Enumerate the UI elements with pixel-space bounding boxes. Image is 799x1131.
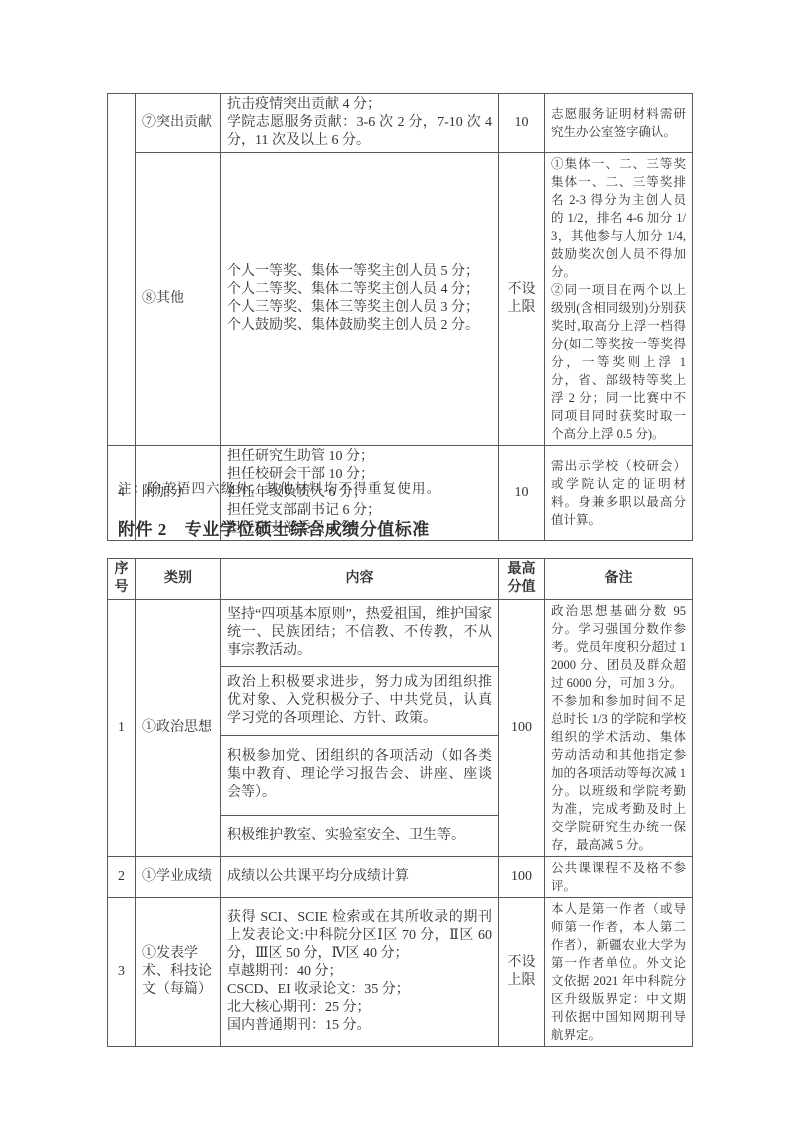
table-row: ⑧其他 个人一等奖、集体一等奖主创人员 5 分； 个人二等奖、集体二等奖主创人员… [108, 153, 693, 446]
score-table-2: 序号 类别 内容 最高分值 备注 1 ①政治思想 坚持“四项基本原则”，热爱祖国… [107, 558, 693, 1047]
attachment-title: 专业学位硕士综合成绩分值标准 [185, 520, 430, 539]
header-max-score: 最高分值 [499, 559, 545, 600]
max-score-cell: 100 [499, 857, 545, 898]
table-row: 1 ①政治思想 坚持“四项基本原则”，热爱祖国，维护国家统一、民族团结；不信教、… [108, 600, 693, 667]
content-cell: 抗击疫情突出贡献 4 分； 学院志愿服务贡献：3-6 次 2 分，7-10 次 … [221, 94, 499, 153]
remark-paragraph: ①集体一、二、三等奖集体一、二、三等奖排名 2-3 得分为主创人员的 1/2，排… [551, 155, 686, 281]
header-category: 类别 [136, 559, 221, 600]
content-cell: 个人一等奖、集体一等奖主创人员 5 分； 个人二等奖、集体二等奖主创人员 4 分… [221, 153, 499, 446]
document-page: ⑦突出贡献 抗击疫情突出贡献 4 分； 学院志愿服务贡献：3-6 次 2 分，7… [0, 0, 799, 1131]
serial-cell: 2 [108, 857, 136, 898]
attachment-label: 附件 2 [118, 520, 167, 539]
remark-cell: 本人是第一作者（或导师第一作者，本人第二作者），新疆农业大学为第一作者单位。外文… [545, 898, 693, 1047]
remark-paragraph: 本人是第一作者（或导师第一作者，本人第二作者），新疆农业大学为第一作者单位。外文… [551, 900, 686, 1044]
content-cell: 积极参加党、团组织的各项活动（如各类集中教育、理论学习报告会、讲座、座谈会等）。 [221, 735, 499, 815]
remark-paragraph: 政治思想基础分数 95 分。学习强国分数作参考。党员年度积分超过 12000 分… [551, 602, 686, 692]
category-cell: ①政治思想 [136, 600, 221, 857]
content-line: 个人鼓励奖、集体鼓励奖主创人员 2 分。 [227, 317, 492, 335]
content-line: 卓越期刊：40 分； [227, 963, 492, 981]
category-cell: ①学业成绩 [136, 857, 221, 898]
table-note: 注：除英语四六级外，其他材料均不得重复使用。 [118, 477, 441, 497]
remark-paragraph: 公共课课程不及格不参评。 [551, 859, 686, 895]
category-cell: ①发表学术、科技论文（每篇） [136, 898, 221, 1047]
header-serial: 序号 [108, 559, 136, 600]
serial-cell [108, 94, 136, 446]
remark-cell: 志愿服务证明材料需研究生办公室签字确认。 [545, 94, 693, 153]
content-cell: 政治上积极要求进步，努力成为团组织推优对象、入党积极分子、中共党员，认真学习党的… [221, 667, 499, 736]
content-line: CSCD、EI 收录论文：35 分； [227, 981, 492, 999]
table-row: 3 ①发表学术、科技论文（每篇） 获得 SCI、SCIE 检索或在其所收录的期刊… [108, 898, 693, 1047]
content-line: 个人一等奖、集体一等奖主创人员 5 分； [227, 263, 492, 281]
table-row: ⑦突出贡献 抗击疫情突出贡献 4 分； 学院志愿服务贡献：3-6 次 2 分，7… [108, 94, 693, 153]
content-line: 政治上积极要求进步，努力成为团组织推优对象、入党积极分子、中共党员，认真学习党的… [227, 674, 492, 728]
serial-cell: 1 [108, 600, 136, 857]
score-table-continued: ⑦突出贡献 抗击疫情突出贡献 4 分； 学院志愿服务贡献：3-6 次 2 分，7… [107, 93, 693, 541]
content-line: 坚持“四项基本原则”，热爱祖国，维护国家统一、民族团结；不信教、不传教，不从事宗… [227, 606, 492, 660]
content-line: 北大核心期刊：25 分； [227, 999, 492, 1017]
table-header-row: 序号 类别 内容 最高分值 备注 [108, 559, 693, 600]
content-line: 学院志愿服务贡献：3-6 次 2 分，7-10 次 4 分，11 次及以上 6 … [227, 114, 492, 150]
content-cell: 获得 SCI、SCIE 检索或在其所收录的期刊上发表论文:中科院分区Ⅰ区 70 … [221, 898, 499, 1047]
table-row: 2 ①学业成绩 成绩以公共课平均分成绩计算 100 公共课课程不及格不参评。 [108, 857, 693, 898]
category-cell: ⑧其他 [136, 153, 221, 446]
content-line: 担任研究生助管 10 分； [227, 448, 492, 466]
max-score-cell: 不设上限 [499, 153, 545, 446]
remark-paragraph: 需出示学校（校研会）或学院认定的证明材料。身兼多职以最高分值计算。 [551, 457, 686, 529]
content-cell: 积极维护教室、实验室安全、卫生等。 [221, 815, 499, 856]
content-cell: 坚持“四项基本原则”，热爱祖国，维护国家统一、民族团结；不信教、不传教，不从事宗… [221, 600, 499, 667]
attachment-2-heading: 附件 2专业学位硕士综合成绩分值标准 [118, 515, 430, 540]
max-score-cell: 10 [499, 446, 545, 541]
content-line: 成绩以公共课平均分成绩计算 [227, 868, 492, 886]
content-line: 抗击疫情突出贡献 4 分； [227, 96, 492, 114]
remark-cell: 公共课课程不及格不参评。 [545, 857, 693, 898]
remark-cell: 需出示学校（校研会）或学院认定的证明材料。身兼多职以最高分值计算。 [545, 446, 693, 541]
remark-paragraph: ②同一项目在两个以上级别(含相同级别)分别获奖时,取高分上浮一档得分(如二等奖按… [551, 281, 686, 443]
category-cell: ⑦突出贡献 [136, 94, 221, 153]
content-line: 积极参加党、团组织的各项活动（如各类集中教育、理论学习报告会、讲座、座谈会等）。 [227, 748, 492, 802]
content-line: 积极维护教室、实验室安全、卫生等。 [227, 827, 492, 845]
content-line: 个人二等奖、集体二等奖主创人员 4 分； [227, 281, 492, 299]
max-score-cell: 100 [499, 600, 545, 857]
content-line: 国内普通期刊：15 分。 [227, 1017, 492, 1035]
remark-paragraph: 志愿服务证明材料需研究生办公室签字确认。 [551, 105, 686, 141]
max-score-cell: 10 [499, 94, 545, 153]
serial-cell: 3 [108, 898, 136, 1047]
max-score-cell: 不设上限 [499, 898, 545, 1047]
content-cell: 成绩以公共课平均分成绩计算 [221, 857, 499, 898]
remark-cell: ①集体一、二、三等奖集体一、二、三等奖排名 2-3 得分为主创人员的 1/2，排… [545, 153, 693, 446]
remark-paragraph: 不参加和参加时间不足总时长 1/3 的学院和学校组织的学术活动、集体劳动活动和其… [551, 692, 686, 854]
remark-cell: 政治思想基础分数 95 分。学习强国分数作参考。党员年度积分超过 12000 分… [545, 600, 693, 857]
content-line: 个人三等奖、集体三等奖主创人员 3 分； [227, 299, 492, 317]
content-line: 获得 SCI、SCIE 检索或在其所收录的期刊上发表论文:中科院分区Ⅰ区 70 … [227, 909, 492, 963]
header-content: 内容 [221, 559, 499, 600]
header-remark: 备注 [545, 559, 693, 600]
